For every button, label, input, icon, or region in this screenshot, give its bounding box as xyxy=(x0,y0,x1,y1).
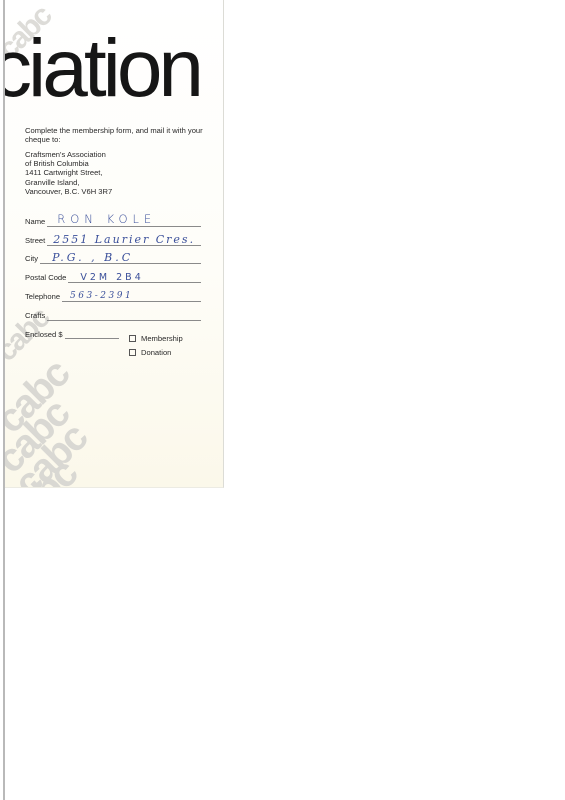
address-line: of British Columbia xyxy=(25,159,215,168)
form-row-name: Name RON KOLE xyxy=(25,208,201,227)
street-label: Street xyxy=(25,236,45,246)
payment-type-options: Membership Donation xyxy=(129,331,183,359)
telephone-field[interactable]: 563-2391 xyxy=(62,287,201,302)
postal-code-value: V2M 2B4 xyxy=(80,273,143,283)
donation-checkbox[interactable] xyxy=(129,349,136,356)
city-label: City xyxy=(25,254,38,264)
crafts-label: Crafts xyxy=(25,311,45,321)
city-field[interactable]: P.G. , B.C xyxy=(40,249,201,264)
membership-brochure-panel: cabc cabc cabc cabc cabc cabc ciation Co… xyxy=(5,0,224,488)
name-field[interactable]: RON KOLE xyxy=(47,212,201,227)
form-row-crafts: Crafts xyxy=(25,302,201,321)
membership-form: Name RON KOLE Street 2551 Laurier Cres. … xyxy=(25,208,201,321)
form-row-postal-code: Postal Code V2M 2B4 xyxy=(25,264,201,283)
form-row-telephone: Telephone 563-2391 xyxy=(25,283,201,302)
headline: ciation xyxy=(5,28,200,110)
address-line: Craftsmen's Association xyxy=(25,150,215,159)
postal-code-label: Postal Code xyxy=(25,273,66,283)
enclosed-amount-row: Enclosed $ xyxy=(25,330,119,339)
address-line: Vancouver, B.C. V6H 3R7 xyxy=(25,187,215,196)
membership-label: Membership xyxy=(141,334,183,343)
option-donation[interactable]: Donation xyxy=(129,345,183,359)
form-row-city: City P.G. , B.C xyxy=(25,246,201,265)
option-membership[interactable]: Membership xyxy=(129,331,183,345)
name-label: Name xyxy=(25,217,45,227)
form-row-street: Street 2551 Laurier Cres. xyxy=(25,227,201,246)
telephone-value: 563-2391 xyxy=(70,292,133,301)
street-value: 2551 Laurier Cres. xyxy=(53,234,195,245)
city-value: P.G. , B.C xyxy=(52,252,133,263)
address-line: Granville Island, xyxy=(25,178,215,187)
postal-code-field[interactable]: V2M 2B4 xyxy=(68,268,201,283)
intro-text: Complete the membership form, and mail i… xyxy=(25,126,215,144)
name-value: RON KOLE xyxy=(57,214,156,226)
address-line: 1411 Cartwright Street, xyxy=(25,168,215,177)
telephone-label: Telephone xyxy=(25,292,60,302)
membership-checkbox[interactable] xyxy=(129,335,136,342)
enclosed-amount-field[interactable] xyxy=(65,330,119,339)
enclosed-label: Enclosed $ xyxy=(25,330,63,339)
donation-label: Donation xyxy=(141,348,171,357)
street-field[interactable]: 2551 Laurier Cres. xyxy=(47,231,201,246)
mailing-address: Craftsmen's Association of British Colum… xyxy=(25,150,215,196)
crafts-field[interactable] xyxy=(47,306,201,321)
